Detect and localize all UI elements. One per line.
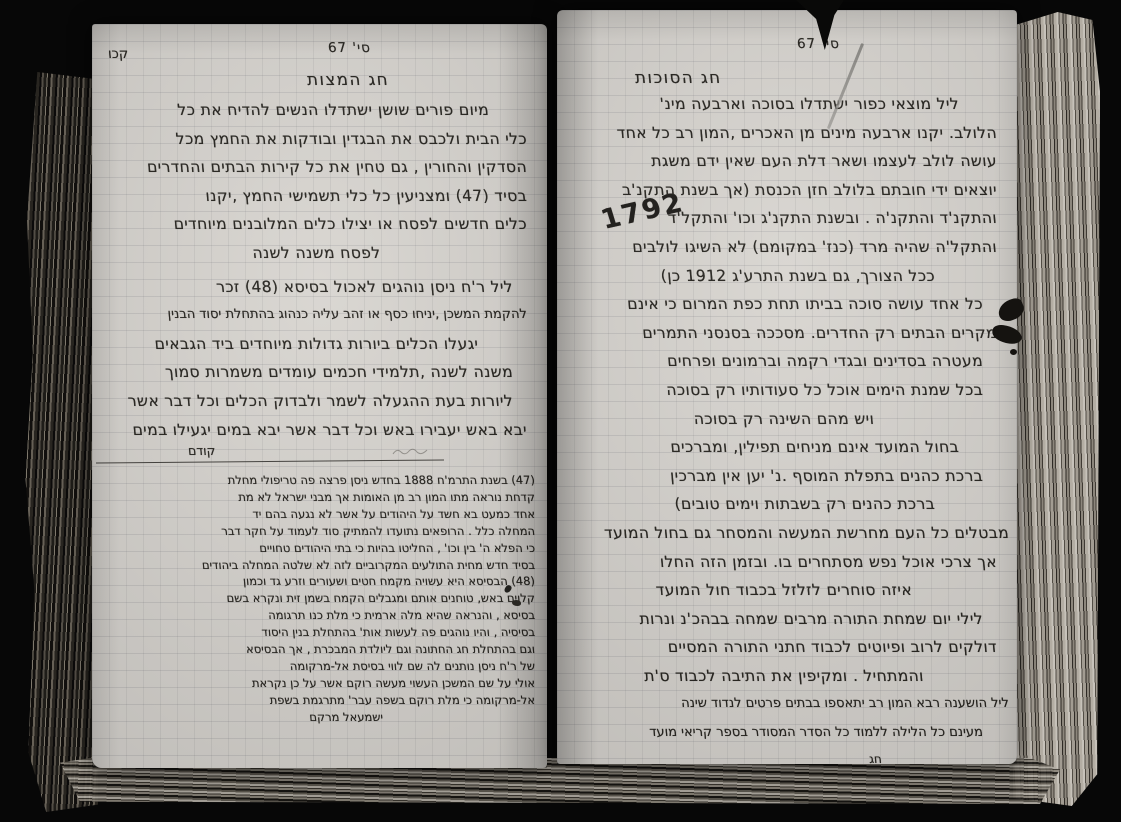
left-page: קכו סי' 67 חג המצות מיום פורים שושן ישתד… bbox=[92, 24, 547, 768]
manuscript-line: הלולב. יקנו ארבעה מינים מן האכרים ,המון … bbox=[562, 119, 1013, 148]
page-stack-edge-right bbox=[1006, 12, 1100, 806]
footnote-line: של ר'ח ניסן נותנים לה שם לווי בסיסת אל-מ… bbox=[97, 658, 543, 675]
manuscript-line: ויש מהם השינה רק בסוכה bbox=[562, 405, 1013, 434]
footnote-line: וגם בהתחלת חג החתונה וגם ליולדת המבכרת ,… bbox=[97, 641, 543, 658]
manuscript-line: בסיד (47) ומצניעין כל כלי תשמישי החמץ ,י… bbox=[97, 182, 543, 211]
main-text-left: מיום פורים שושן ישתדלו הנשים להדיח את כל… bbox=[98, 96, 541, 444]
manuscript-line: יוצאים ידי חובתם בלולב חזן הכנסת (אך בשנ… bbox=[562, 176, 1013, 205]
footnote-line: בסיד חדש מחית התולעים המקרוביים לזה לא ש… bbox=[97, 557, 543, 574]
manuscript-line: לילי יום שמחת התורה מרבים שמחה בבהכ'נ ונ… bbox=[562, 605, 1013, 634]
folio-number: קכו bbox=[107, 46, 129, 62]
manuscript-line: מקרים הבתים רק החדרים. מסככה בסנסני התמר… bbox=[562, 319, 1013, 348]
manuscript-line: מבטלים כל העם מחרשת המעשה והמסחר גם בחול… bbox=[562, 519, 1013, 548]
book-spine-edge bbox=[24, 72, 98, 812]
siman-header-left: סי' 67 bbox=[327, 40, 371, 56]
manuscript-line: ליל מוצאי כפור ישתדלו בסוכה וארבעה מינ' bbox=[562, 90, 1013, 119]
manuscript-line: ברכת כהנים בתפלת המוסף .נ' יען אין מברכי… bbox=[562, 462, 1013, 491]
manuscript-photo: קכו סי' 67 חג המצות מיום פורים שושן ישתד… bbox=[0, 0, 1121, 822]
page-title-left: חג המצות bbox=[306, 70, 390, 89]
ink-speck bbox=[512, 600, 521, 606]
manuscript-line: והמתחיל . ומקיפין את התיבה לכבוד ס'ת bbox=[562, 662, 1013, 691]
separator-label: קודם bbox=[187, 443, 216, 458]
footnote-line: אל-מרקומה כי מלת רוקם בשפה עבר' מתרגמת ב… bbox=[97, 692, 543, 709]
footnote-line: כי הפלא ה' בין וכו' , החליטו בהיות כי בת… bbox=[97, 540, 543, 557]
manuscript-line: עושה לולב לעצמו ושאר דלת העם שאין ידם מש… bbox=[562, 147, 1013, 176]
footnote-line: אחד כמעט בא חשד על היהודים על אשר לא נגע… bbox=[97, 506, 543, 523]
manuscript-line: מעטרה בסדינים ובגדי רקמה וברמונים ופרחים bbox=[562, 347, 1013, 376]
manuscript-line: לפסח משנה לשנה bbox=[97, 239, 543, 268]
footnote-line: (48) הבסיסא היא עשויה מקמח חטים ושעורים … bbox=[97, 573, 543, 590]
manuscript-line: ליורות בעת ההגעלה לשמר ולבדוק הכלים וכל … bbox=[97, 387, 543, 416]
manuscript-line: ככל הצורך, גם בשנת התרע'ג 1912 כן) bbox=[562, 262, 1013, 291]
footnote-line: בסיסיה , והיו נוהגים פה לעשות אות' בהתחל… bbox=[97, 624, 543, 641]
manuscript-line: אך צרכי אוכל נפש מסתחרים בו. ובזמן הזה ה… bbox=[562, 548, 1013, 577]
footnote-line: המחלה כלל . הרופאים נתועדו להמתיק סוד לע… bbox=[97, 523, 543, 540]
manuscript-line: דולקים לרוב ופיוטים לכבוד חתני התורה המס… bbox=[562, 633, 1013, 662]
faint-scribble bbox=[392, 448, 428, 457]
manuscript-line: יגעלו הכלים ביורות גדולות מיוחדים ביד הג… bbox=[97, 330, 543, 359]
manuscript-line: איזה סוחרים לזלזל בכבוד חול המועד bbox=[562, 576, 1013, 605]
manuscript-line: מעינם כל הלילה ללמוד כל הסדר המסודר בספר… bbox=[562, 719, 1013, 748]
footnote-line: (47) בשנת התרמ'ח 1888 בחדש ניסן פרצה פה … bbox=[97, 472, 543, 489]
catchword: חג bbox=[868, 752, 882, 766]
footnote-line: קדחת נוראה מתו המון רב מן האומות אך מבני… bbox=[97, 489, 543, 506]
manuscript-line: בכל שמנת הימים אוכל כל סעודותיו רק בסוכה bbox=[562, 376, 1013, 405]
main-text-right: ליל מוצאי כפור ישתדלו בסוכה וארבעה מינ'ה… bbox=[563, 90, 1011, 748]
manuscript-line: כלים חדשים לפסח או יצילו כלים המלובנים מ… bbox=[97, 210, 543, 239]
footnote-line: ישמעאל מרקם bbox=[97, 709, 543, 726]
manuscript-line: יבא באש יעבירו באש וכל דבר אשר יבא במים … bbox=[97, 416, 543, 445]
manuscript-line: ליל ר'ח ניסן נוהגים לאכול בסיסא (48) זכר bbox=[97, 273, 543, 302]
ink-blot bbox=[1010, 349, 1017, 355]
page-title-right: חג הסוכות bbox=[634, 68, 722, 87]
manuscript-line: ברכת כהנים רק בשבתות וימים טובים) bbox=[562, 490, 1013, 519]
manuscript-line: להקמת המשכן ,יניחו כסף או זהב עליה כנהוג… bbox=[97, 301, 543, 330]
footnote-line: בסיסא , והנראה שהיא מלה ארמית כי מלת כנו… bbox=[97, 607, 543, 624]
footnote-separator-line bbox=[96, 459, 444, 463]
manuscript-line: והתקל'ה שהיה מרד (כנז' במקומם) לא השיגו … bbox=[562, 233, 1013, 262]
manuscript-line: בחול המועד אינם מניחים תפילין, ומברכים bbox=[562, 433, 1013, 462]
manuscript-line: הסדקין והחורין , גם טחין את כל קירות הבת… bbox=[97, 153, 543, 182]
footnote-line: קלוים באש, טוחנים אותם ומגבלים הקמח בשמן… bbox=[97, 590, 543, 607]
footnotes-left: (47) בשנת התרמ'ח 1888 בחדש ניסן פרצה פה … bbox=[98, 472, 543, 726]
footnote-line: אולי על שם המשכן העשוי מעשה רוקם אשר על … bbox=[97, 675, 543, 692]
manuscript-line: והתקנ'ד והתקנ'ה . ובשנת התקנ'ג וכו' והתק… bbox=[562, 204, 1013, 233]
manuscript-line: מיום פורים שושן ישתדלו הנשים להדיח את כל bbox=[97, 96, 543, 125]
siman-header-right: סי' 67 bbox=[796, 36, 840, 52]
manuscript-line: כל אחד עושה סוכה בביתו תחת כפת המרום כי … bbox=[562, 290, 1013, 319]
manuscript-line: כלי הבית ולכבס את הבגדין ובודקות את החמץ… bbox=[97, 125, 543, 154]
manuscript-line: משנה לשנה ,תלמידי חכמים עומדים משמרות סמ… bbox=[97, 358, 543, 387]
right-page: סי' 67 חג הסוכות 1792 ליל מוצאי כפור ישת… bbox=[557, 10, 1017, 764]
manuscript-line: ליל הושענה רבא המון רב יתאספו בבתים פרטי… bbox=[562, 690, 1013, 719]
